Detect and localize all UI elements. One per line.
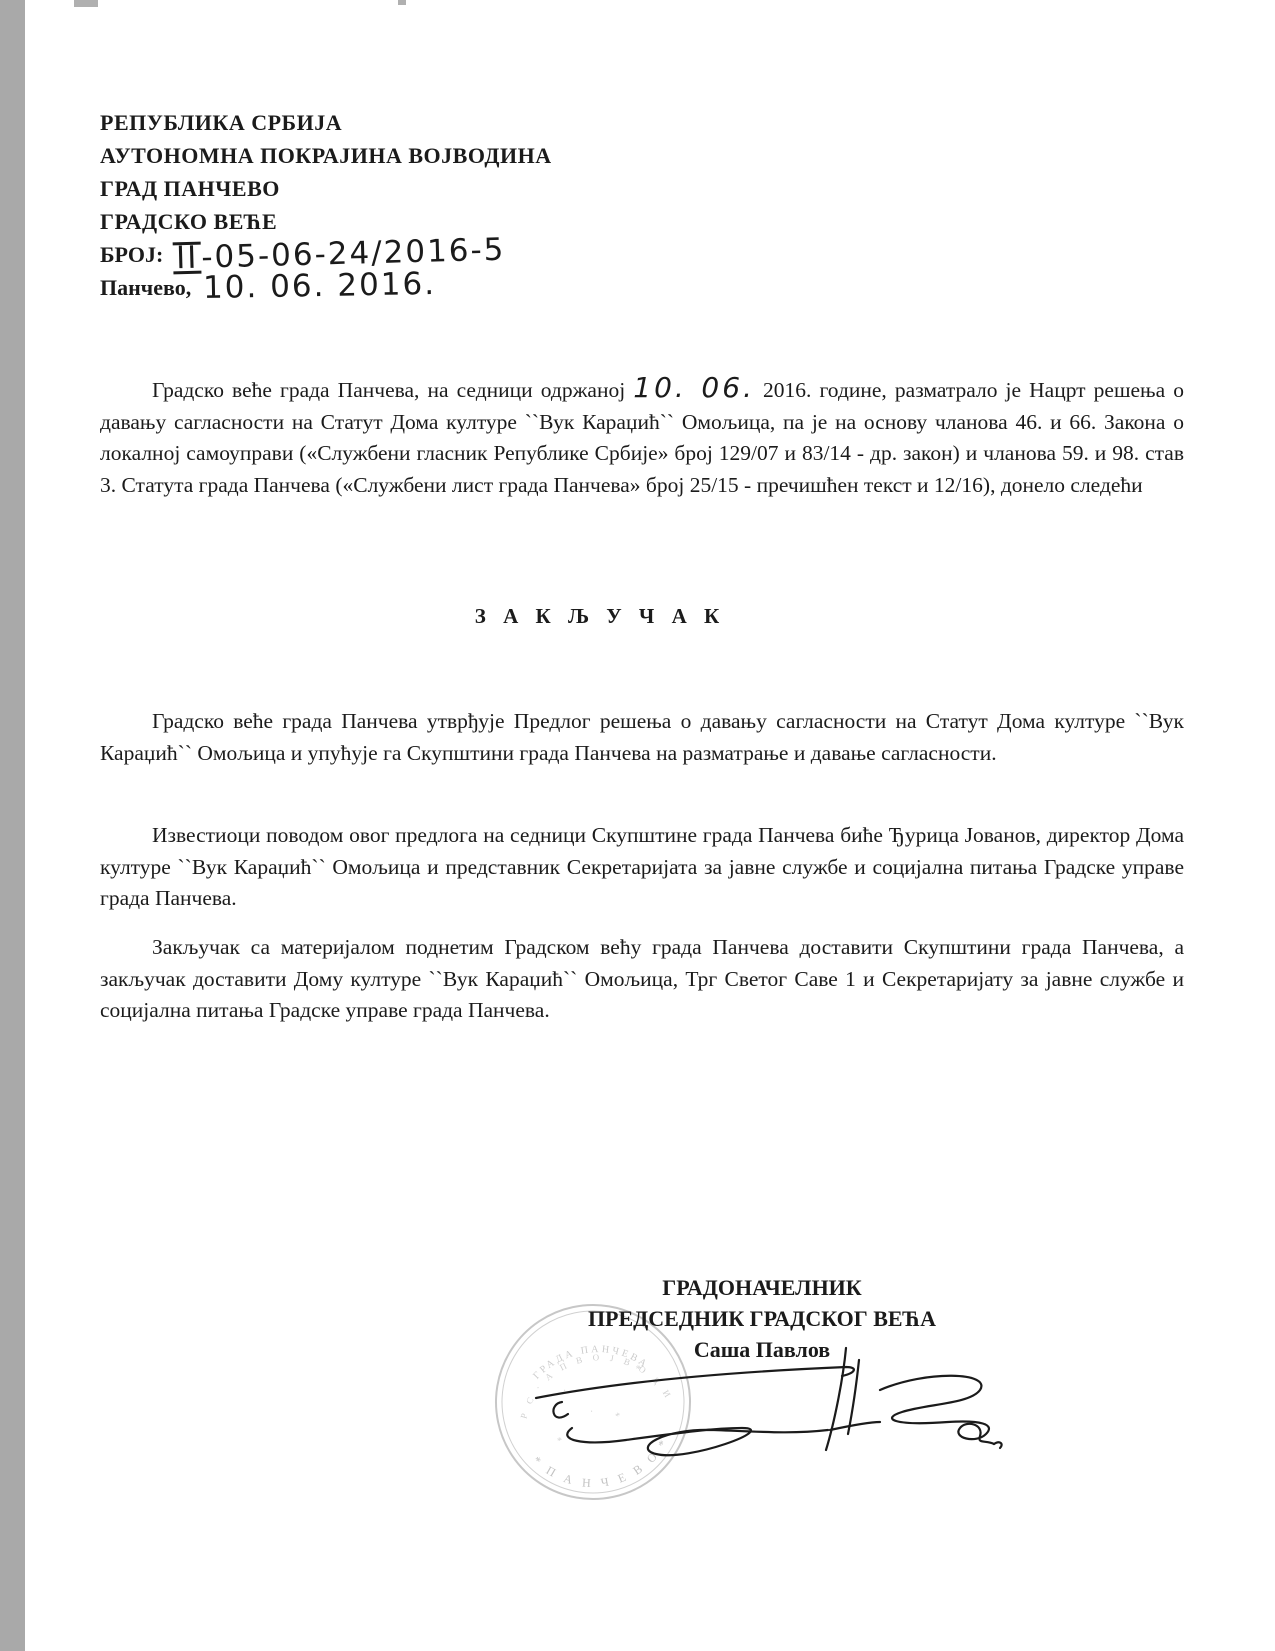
scanned-document-page: РЕПУБЛИКА СРБИЈА АУТОНОМНА ПОКРАЈИНА ВОЈ… [0,0,1275,1651]
handwritten-signature [528,1336,1008,1466]
letterhead: РЕПУБЛИКА СРБИЈА АУТОНОМНА ПОКРАЈИНА ВОЈ… [100,106,860,304]
paragraph-intro: Градско веће града Панчева, на седници о… [100,372,1184,501]
paragraph-intro-before-date: Градско веће града Панчева, на седници о… [152,378,633,402]
paragraph-delivery: Закључак са материјалом поднетим Градско… [100,932,1184,1027]
letterhead-city: ГРАД ПАНЧЕВО [100,172,860,205]
roman-numeral: II [173,242,202,275]
letterhead-province: АУТОНОМНА ПОКРАЈИНА ВОЈВОДИНА [100,139,860,172]
scan-artifact [74,0,98,7]
paragraph-rapporteurs: Известиоци поводом овог предлога на седн… [100,820,1184,915]
document-number-line: БРОЈ: II-05-06-24/2016-5 [100,238,860,271]
signatory-title-president: ПРЕДСЕДНИК ГРАДСКОГ ВЕЋА [500,1303,1024,1334]
place-date-line: Панчево, 10. 06. 2016. [100,271,860,304]
letterhead-republic: РЕПУБЛИКА СРБИЈА [100,106,860,139]
scan-edge-strip [0,0,25,1651]
document-heading: З А К Љ У Ч А К [100,604,1100,629]
paragraph-decision: Градско веће града Панчева утврђује Пред… [100,706,1184,769]
date-handwritten: 10. 06. 2016. [203,269,437,303]
session-date-handwritten: 10. 06. [633,371,755,404]
document-number-label: БРОЈ: [100,238,163,271]
scan-artifact [398,0,406,5]
signatory-title-mayor: ГРАДОНАЧЕЛНИК [500,1272,1024,1303]
